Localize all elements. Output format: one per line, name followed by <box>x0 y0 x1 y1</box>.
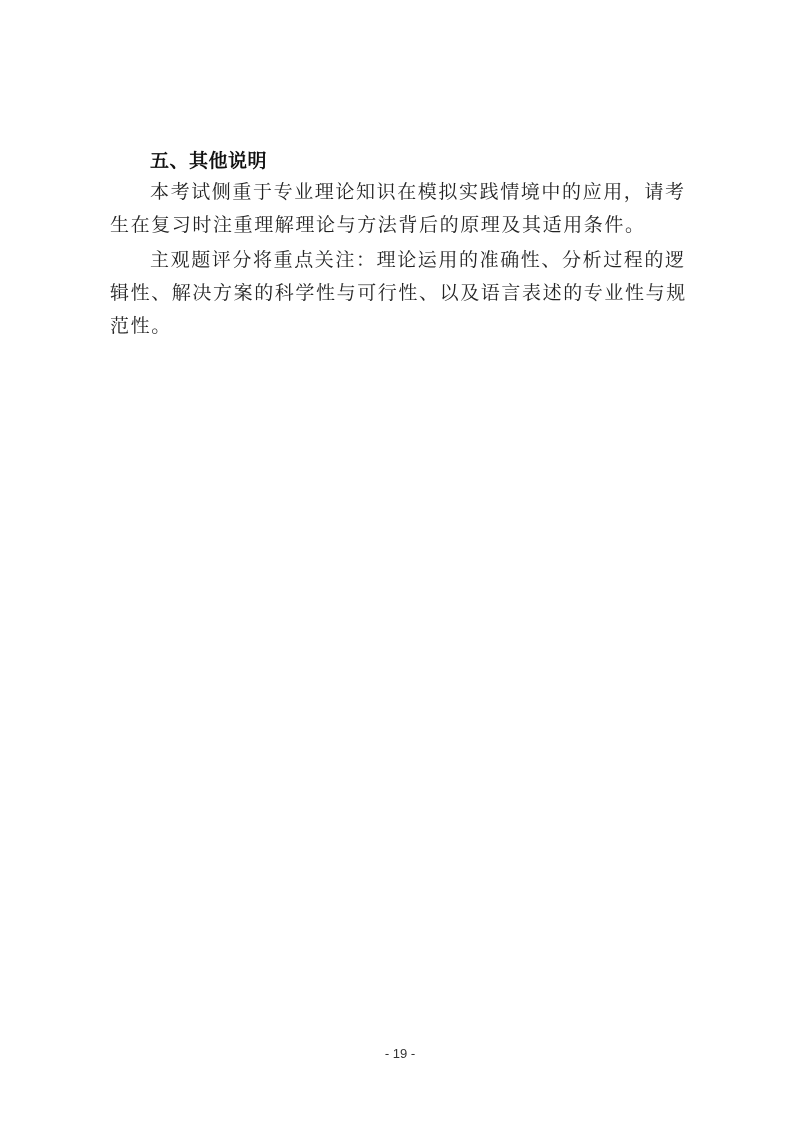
paragraph-line: 本考试侧重于专业理论知识在模拟实践情境中的应用，请考 <box>110 176 700 209</box>
paragraph-line: 范性。 <box>110 310 700 343</box>
paragraph-grading-criteria: 主观题评分将重点关注：理论运用的准确性、分析过程的逻 辑性、解决方案的科学性与可… <box>110 244 700 343</box>
section-other-notes: 五、其他说明 本考试侧重于专业理论知识在模拟实践情境中的应用，请考 生在复习时注… <box>110 146 700 343</box>
paragraph-line: 辑性、解决方案的科学性与可行性、以及语言表述的专业性与规 <box>110 277 700 310</box>
document-page: 五、其他说明 本考试侧重于专业理论知识在模拟实践情境中的应用，请考 生在复习时注… <box>0 0 800 1132</box>
page-number: - 19 - <box>0 1046 800 1061</box>
section-heading: 五、其他说明 <box>150 146 700 176</box>
paragraph-line: 主观题评分将重点关注：理论运用的准确性、分析过程的逻 <box>110 244 700 277</box>
paragraph-exam-focus: 本考试侧重于专业理论知识在模拟实践情境中的应用，请考 生在复习时注重理解理论与方… <box>110 176 700 242</box>
paragraph-line: 生在复习时注重理解理论与方法背后的原理及其适用条件。 <box>110 209 700 242</box>
